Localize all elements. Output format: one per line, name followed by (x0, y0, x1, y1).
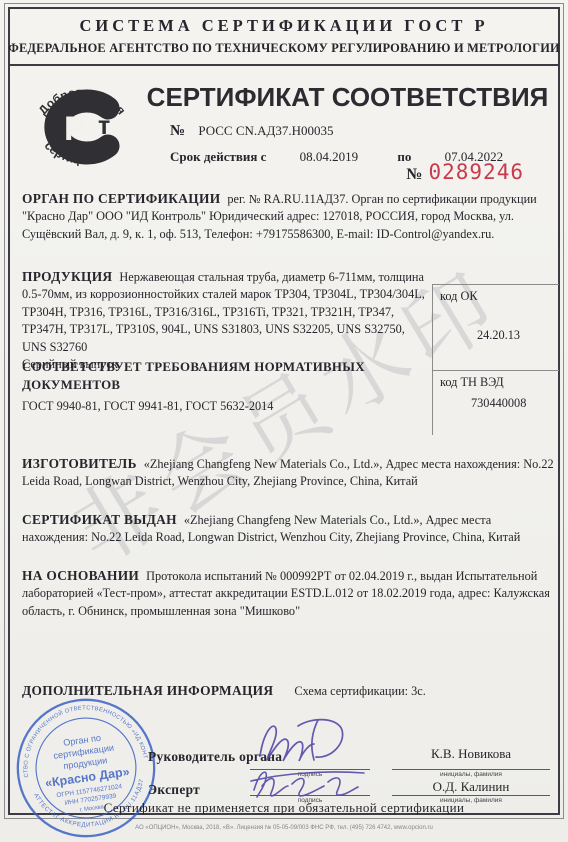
expert-signature-line (250, 795, 370, 796)
form-serial-number: 0289246 (428, 160, 524, 184)
expert-name-line (392, 795, 550, 796)
form-serial: №0289246 (406, 160, 524, 184)
rst-logo-icon: Добровольная сертификация Р т (22, 72, 142, 184)
system-title: СИСТЕМА СЕРТИФИКАЦИИ ГОСТ Р (0, 16, 568, 36)
agency-title: ФЕДЕРАЛЬНОЕ АГЕНТСТВО ПО ТЕХНИЧЕСКОМУ РЕ… (0, 41, 568, 56)
certificate-title: СЕРТИФИКАТ СООТВЕТСТВИЯ (140, 82, 555, 113)
expert-signature-icon (248, 760, 368, 800)
expert-role-label: Эксперт (148, 782, 200, 798)
validity-from: 08.04.2019 (300, 149, 359, 164)
logo-letter-r: Р (64, 110, 87, 148)
conformity-label: СООТВЕТСТВУЕТ ТРЕБОВАНИЯМ НОРМАТИВНЫХ ДО… (22, 358, 421, 395)
disclaimer-text: Сертификат не применяется при обязательн… (0, 800, 568, 816)
head-signature-icon (252, 716, 367, 766)
basis-label: НА ОСНОВАНИИ (22, 568, 139, 583)
section-issued-to: СЕРТИФИКАТ ВЫДАН«Zhejiang Changfeng New … (22, 510, 554, 547)
cert-number-line: № РОСС CN.АД37.Н00035 (170, 123, 334, 140)
code-tnved-label: код ТН ВЭД (433, 371, 559, 390)
cert-number-value: РОСС CN.АД37.Н00035 (198, 123, 333, 138)
additional-info-text: Схема сертификации: 3с. (294, 684, 425, 698)
code-tnved-box: код ТН ВЭД 730440008 (432, 370, 559, 435)
code-tnved-value: 730440008 (471, 396, 559, 411)
code-ok-value: 24.20.13 (477, 328, 559, 343)
head-name-caption: инициалы, фамилия (392, 771, 550, 778)
section-certification-body: ОРГАН ПО СЕРТИФИКАЦИИрег. № RA.RU.11АД37… (22, 189, 546, 243)
head-name: К.В. Новикова (392, 746, 550, 762)
certificate-page: 非会员水印 СИСТЕМА СЕРТИФИКАЦИИ ГОСТ Р ФЕДЕРА… (0, 0, 568, 842)
production-label: ПРОДУКЦИЯ (22, 269, 112, 284)
logo-letter-t: т (98, 112, 110, 140)
section-conformity: СООТВЕТСТВУЕТ ТРЕБОВАНИЯМ НОРМАТИВНЫХ ДО… (22, 358, 428, 415)
print-house-info: АО «ОПЦИОН», Москва, 2018, «В». Лицензия… (0, 825, 568, 831)
validity-label: Срок действия с (170, 149, 266, 164)
conformity-text: ГОСТ 9940-81, ГОСТ 9941-81, ГОСТ 5632-20… (22, 398, 428, 415)
section-basis: НА ОСНОВАНИИПротокола испытаний № 000992… (22, 566, 552, 620)
certification-body-stamp-icon: ОБЩЕСТВО С ОГРАНИЧЕННОЙ ОТВЕТСТВЕННОСТЬЮ… (5, 687, 168, 842)
head-name-line (392, 769, 550, 770)
form-serial-sign: № (406, 166, 422, 183)
header-divider (9, 64, 559, 66)
expert-name: О.Д. Калинин (392, 779, 550, 795)
code-ok-label: код ОК (433, 285, 559, 304)
section-manufacturer: ИЗГОТОВИТЕЛЬ«Zhejiang Changfeng New Mate… (22, 454, 554, 491)
manufacturer-label: ИЗГОТОВИТЕЛЬ (22, 456, 137, 471)
cert-number-sign: № (170, 123, 185, 139)
issued-to-label: СЕРТИФИКАТ ВЫДАН (22, 512, 177, 527)
certification-body-label: ОРГАН ПО СЕРТИФИКАЦИИ (22, 191, 220, 206)
